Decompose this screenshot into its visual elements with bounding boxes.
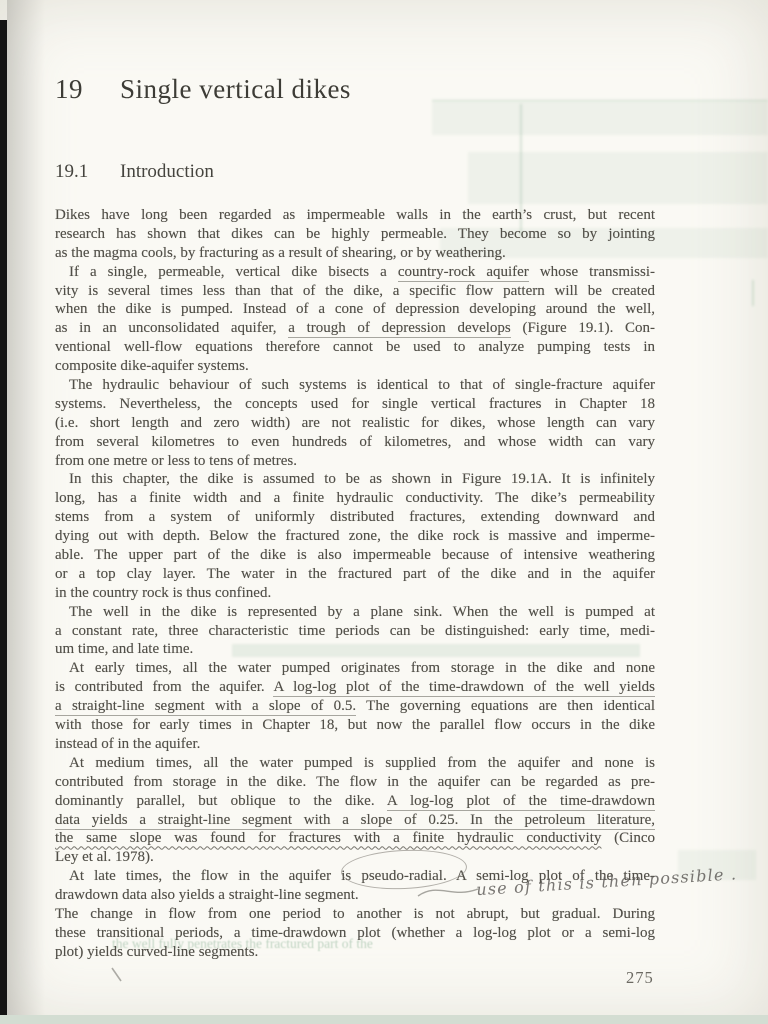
text-segment: At late times, the flow in the aquifer i… xyxy=(69,868,361,884)
text-line: long, has a finite width and a finite hy… xyxy=(55,489,655,508)
text-segment: In this chapter, the dike is assumed to … xyxy=(69,471,655,487)
text-line: Ley et al. 1978). xyxy=(55,848,655,867)
text-segment: these transitional periods, a time-drawd… xyxy=(55,925,655,941)
text-line: In this chapter, the dike is assumed to … xyxy=(55,470,655,489)
text-segment: At medium times, all the water pumped is… xyxy=(69,755,655,771)
text-line: able. The upper part of the dike is also… xyxy=(55,546,655,565)
text-segment: able. The upper part of the dike is also… xyxy=(55,547,655,563)
text-segment: contributed from storage in the dike. Th… xyxy=(55,774,655,790)
ink-bleed-line xyxy=(752,280,754,306)
page-number: 275 xyxy=(626,968,654,988)
chapter-heading: 19 Single vertical dikes xyxy=(55,74,351,105)
body-text: Dikes have long been regarded as imperme… xyxy=(55,206,655,962)
text-line: data yields a straight-line segment with… xyxy=(55,811,655,830)
chapter-title: Single vertical dikes xyxy=(120,74,351,105)
text-line: systems. Nevertheless, the concepts used… xyxy=(55,395,655,414)
scanned-book-page: the well fully penetrates the fractured … xyxy=(0,0,768,1024)
text-segment: The well in the dike is represented by a… xyxy=(69,604,655,620)
text-segment: from several kilometres to even hundreds… xyxy=(55,434,655,450)
text-segment: Dikes have long been regarded as imperme… xyxy=(55,207,655,223)
text-segment: If a single, permeable, vertical dike bi… xyxy=(69,264,398,280)
text-segment: plot) yields curved-line segments. xyxy=(55,944,258,960)
text-segment: as the magma cools, by fracturing as a r… xyxy=(55,245,506,261)
underlined-phrase: A log-log plot of the time-drawdown of t… xyxy=(273,679,655,697)
underlined-phrase: a trough of depression develops xyxy=(288,320,511,338)
text-line: um time, and late time. xyxy=(55,640,655,659)
section-heading: 19.1 Introduction xyxy=(55,161,214,183)
text-line: a constant rate, three characteristic ti… xyxy=(55,622,655,641)
text-line: vity is several times less than that of … xyxy=(55,282,655,301)
text-line: these transitional periods, a time-drawd… xyxy=(55,924,655,943)
text-segment: dominantly parallel, but oblique to the … xyxy=(55,793,387,809)
text-line: If a single, permeable, vertical dike bi… xyxy=(55,263,655,282)
text-segment: The change in flow from one period to an… xyxy=(55,906,655,922)
underlined-phrase: data yields a straight-line segment with… xyxy=(55,812,655,830)
text-segment: whose transmissi- xyxy=(529,264,655,280)
text-segment: (Figure 19.1). Con- xyxy=(511,320,655,336)
text-segment: vity is several times less than that of … xyxy=(55,283,655,299)
text-line: research has shown that dikes can be hig… xyxy=(55,225,655,244)
section-number: 19.1 xyxy=(55,161,120,183)
text-segment: ventional well-flow equations therefore … xyxy=(55,339,655,355)
text-segment: drawdown data also yields a straight-lin… xyxy=(55,887,359,903)
text-line: At medium times, all the water pumped is… xyxy=(55,754,655,773)
scan-edge-left xyxy=(0,20,7,1016)
ink-bleed-band xyxy=(432,100,768,135)
text-line: dying out with depth. Below the fracture… xyxy=(55,527,655,546)
circled-phrase: pseudo-radial. xyxy=(361,868,446,884)
underlined-phrase: a straight-line segment with a slope of … xyxy=(55,698,356,716)
text-line: At early times, all the water pumped ori… xyxy=(55,659,655,678)
text-segment: composite dike-aquifer systems. xyxy=(55,358,249,374)
pencil-tick xyxy=(112,968,121,981)
underlined-phrase: country-rock aquifer xyxy=(398,264,529,282)
text-line: The change in flow from one period to an… xyxy=(55,905,655,924)
scan-edge-bottom xyxy=(0,1015,768,1024)
text-segment: (Cinco xyxy=(601,830,655,846)
text-line: with those for early times in Chapter 18… xyxy=(55,716,655,735)
text-line: Dikes have long been regarded as imperme… xyxy=(55,206,655,225)
text-line: as the magma cools, by fracturing as a r… xyxy=(55,244,655,263)
text-segment: At early times, all the water pumped ori… xyxy=(69,660,655,676)
text-segment: stems from a system of uniformly distrib… xyxy=(55,509,655,525)
text-segment: research has shown that dikes can be hig… xyxy=(55,226,655,242)
text-line: when the dike is pumped. Instead of a co… xyxy=(55,300,655,319)
text-line: (i.e. short length and zero width) are n… xyxy=(55,414,655,433)
text-segment: a constant rate, three characteristic ti… xyxy=(55,623,655,639)
text-line: composite dike-aquifer systems. xyxy=(55,357,655,376)
text-segment: Ley et al. 1978). xyxy=(55,849,154,865)
text-segment: The governing equations are then identic… xyxy=(356,698,655,714)
text-line: dominantly parallel, but oblique to the … xyxy=(55,792,655,811)
text-segment: from one metre or less to tens of metres… xyxy=(55,453,297,469)
text-segment: instead of in the aquifer. xyxy=(55,736,200,752)
text-line: or a top clay layer. The water in the fr… xyxy=(55,565,655,584)
text-line: from one metre or less to tens of metres… xyxy=(55,452,655,471)
text-line: a straight-line segment with a slope of … xyxy=(55,697,655,716)
text-line: The hydraulic behaviour of such systems … xyxy=(55,376,655,395)
text-line: in the country rock is thus confined. xyxy=(55,584,655,603)
text-line: contributed from storage in the dike. Th… xyxy=(55,773,655,792)
underlined-phrase: the same slope was found for fractures w… xyxy=(55,830,601,846)
text-segment: systems. Nevertheless, the concepts used… xyxy=(55,396,655,412)
text-line: is contributed from the aquifer. A log-l… xyxy=(55,678,655,697)
text-line: ventional well-flow equations therefore … xyxy=(55,338,655,357)
page-gutter-shadow xyxy=(7,0,45,1024)
chapter-number: 19 xyxy=(55,74,120,105)
text-segment: or a top clay layer. The water in the fr… xyxy=(55,566,655,582)
ink-bleed-band xyxy=(468,152,768,204)
text-line: the same slope was found for fractures w… xyxy=(55,829,655,848)
text-segment: as in an unconsolidated aquifer, xyxy=(55,320,288,336)
text-segment: um time, and late time. xyxy=(55,641,193,657)
text-line: The well in the dike is represented by a… xyxy=(55,603,655,622)
underlined-phrase: A log-log plot of the time-drawdown xyxy=(387,793,655,811)
text-line: plot) yields curved-line segments. xyxy=(55,943,655,962)
section-title: Introduction xyxy=(120,161,214,183)
text-segment: is contributed from the aquifer. xyxy=(55,679,273,695)
text-line: as in an unconsolidated aquifer, a troug… xyxy=(55,319,655,338)
text-segment: (i.e. short length and zero width) are n… xyxy=(55,415,655,431)
text-line: stems from a system of uniformly distrib… xyxy=(55,508,655,527)
text-line: from several kilometres to even hundreds… xyxy=(55,433,655,452)
text-segment: The hydraulic behaviour of such systems … xyxy=(69,377,655,393)
text-segment: with those for early times in Chapter 18… xyxy=(55,717,655,733)
text-segment: in the country rock is thus confined. xyxy=(55,585,271,601)
text-segment: long, has a finite width and a finite hy… xyxy=(55,490,655,506)
text-line: instead of in the aquifer. xyxy=(55,735,655,754)
text-segment: dying out with depth. Below the fracture… xyxy=(55,528,655,544)
text-segment: when the dike is pumped. Instead of a co… xyxy=(55,301,655,317)
